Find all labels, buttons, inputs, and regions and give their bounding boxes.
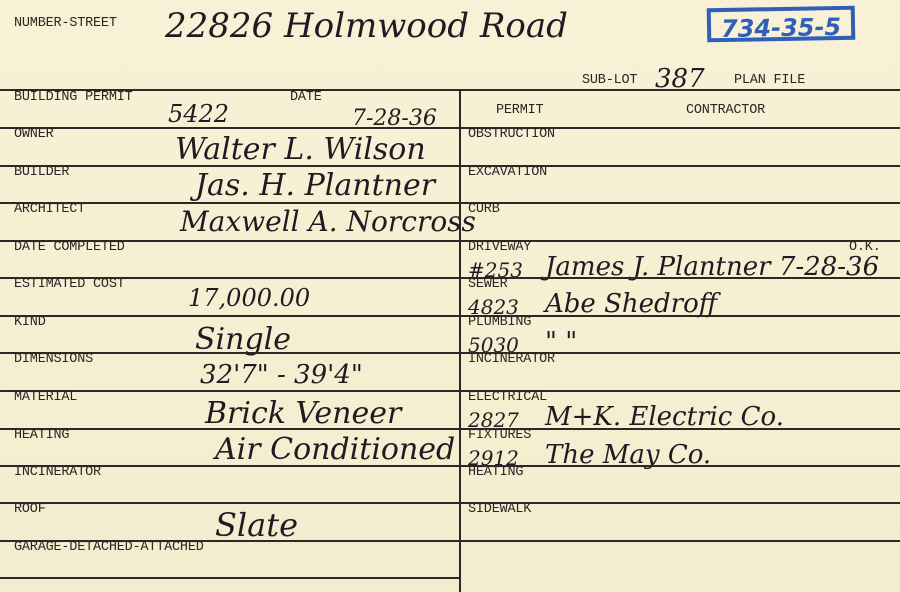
field-label: DIMENSIONS: [14, 352, 93, 367]
field-value: Walter L. Wilson: [175, 132, 426, 167]
field-label: HEATING: [14, 428, 69, 443]
field-label: MATERIAL: [14, 390, 77, 405]
permit-type-label: CURB: [468, 202, 500, 217]
contractor-header: CONTRACTOR: [686, 103, 765, 118]
field-label: ROOF: [14, 502, 46, 517]
permit-type-label: INCINERATOR: [468, 352, 555, 367]
number-street-label: NUMBER-STREET: [14, 16, 117, 31]
building-permit-label: BUILDING PERMIT: [14, 90, 133, 105]
field-label: OWNER: [14, 127, 54, 142]
field-value: Brick Veneer: [205, 396, 401, 431]
field-label: ESTIMATED COST: [14, 277, 125, 292]
field-value: Maxwell A. Norcross: [180, 205, 476, 238]
permit-header: PERMIT: [496, 103, 543, 118]
field-label: ARCHITECT: [14, 202, 85, 217]
permit-type-label: OBSTRUCTION: [468, 127, 555, 142]
row-rule: [459, 465, 900, 467]
field-label: GARAGE-DETACHED-ATTACHED: [14, 540, 204, 555]
field-value: Jas. H. Plantner: [195, 168, 435, 203]
row-rule: [0, 315, 459, 317]
field-label: DATE COMPLETED: [14, 240, 125, 255]
address-value: 22826 Holmwood Road: [165, 6, 568, 46]
permit-type-label: SIDEWALK: [468, 502, 531, 517]
row-rule: [0, 577, 459, 579]
row-rule: [459, 540, 900, 542]
sublot-label: SUB-LOT: [582, 73, 637, 88]
permit-card: NUMBER-STREET 22826 Holmwood Road 734-35…: [0, 0, 900, 592]
field-value: Slate: [215, 506, 298, 544]
row-rule: [459, 202, 900, 204]
permit-type-label: FIXTURES: [468, 428, 531, 443]
field-value: 17,000.00: [188, 284, 310, 312]
permit-type-label: HEATING: [468, 465, 523, 480]
row-rule: [0, 127, 459, 129]
building-permit-value: 5422: [168, 100, 229, 128]
permit-type-label: SEWER: [468, 277, 508, 292]
permit-type-label: DRIVEWAY: [468, 240, 531, 255]
permit-type-label: ELECTRICAL: [468, 390, 547, 405]
field-label: KIND: [14, 315, 46, 330]
permit-type-label: EXCAVATION: [468, 165, 547, 180]
row-rule: [0, 502, 459, 504]
field-value: 32'7" - 39'4": [200, 360, 363, 390]
field-value: Air Conditioned: [215, 432, 455, 467]
plan-file-label: PLAN FILE: [734, 73, 805, 88]
date-label: DATE: [290, 90, 322, 105]
row-rule: [459, 277, 900, 279]
plan-stamp: 734-35-5: [707, 6, 856, 43]
header-rule: [0, 89, 900, 91]
permit-type-label: PLUMBING: [468, 315, 531, 330]
field-label: INCINERATOR: [14, 465, 101, 480]
field-label: BUILDER: [14, 165, 69, 180]
